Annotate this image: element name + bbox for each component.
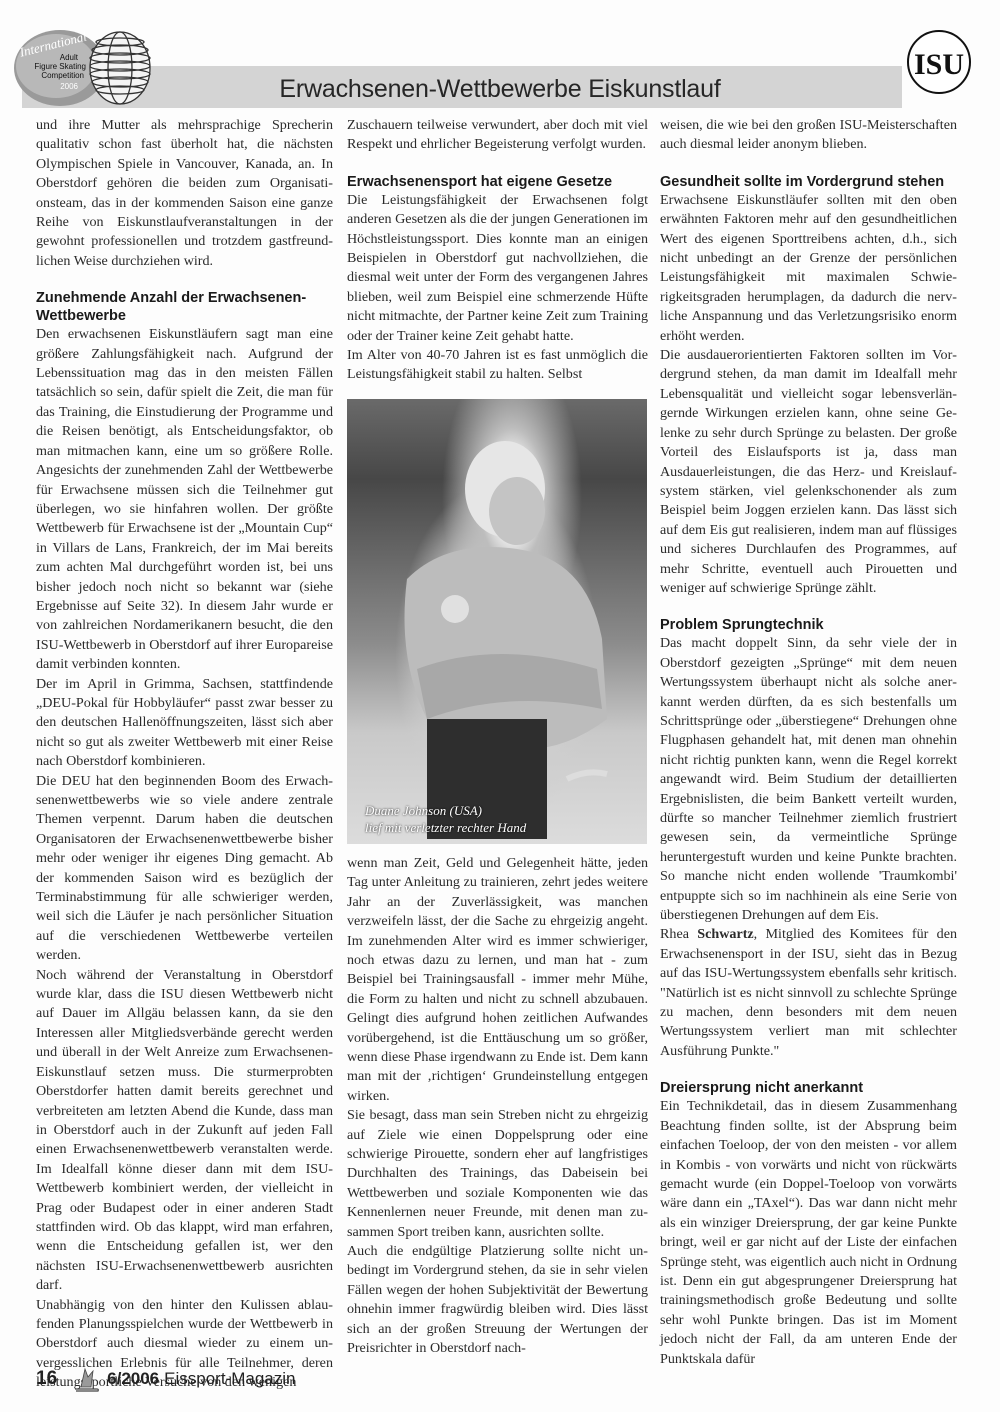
article-column-2: Zuschauern teilweise verwundert, aber do… — [347, 116, 648, 1358]
paragraph: und ihre Mutter als mehrsprachige Sprech… — [36, 116, 333, 271]
svg-text:2006: 2006 — [60, 82, 78, 91]
article-column-1: und ihre Mutter als mehrsprachige Sprech… — [36, 116, 333, 1393]
paragraph: wenn man Zeit, Geld und Gelegenheit hätt… — [347, 854, 648, 1106]
page-footer: 16 6/2006 Eissport-Magazin — [36, 1366, 295, 1392]
paragraph: Das macht doppelt Sinn, da sehr viele de… — [660, 634, 957, 925]
paragraph: Sie besagt, dass man sein Streben nicht … — [347, 1106, 648, 1242]
paragraph: Im Alter von 40-70 Jahren ist es fast un… — [347, 346, 648, 385]
photo-caption: Duane Johnson (USA) lief mit verletzter … — [365, 802, 526, 836]
section-heading: Problem Sprungtechnik — [660, 616, 957, 634]
iafsc-globe-logo-icon: International Adult Figure Skating Compe… — [8, 22, 158, 110]
section-heading: Dreiersprung nicht anerkannt — [660, 1079, 957, 1097]
paragraph: Den erwachsenen Eiskunstläufern sagt man… — [36, 325, 333, 674]
skater-logo-icon — [71, 1365, 101, 1393]
paragraph: Auch die endgültige Platzierung sollte n… — [347, 1242, 648, 1358]
skater-photo: Duane Johnson (USA) lief mit verletzter … — [347, 399, 647, 844]
article-column-3: weisen, die wie bei den großen ISU-Meist… — [660, 116, 957, 1369]
section-heading: Gesundheit sollte im Vordergrund stehen — [660, 173, 957, 191]
svg-text:Figure Skating: Figure Skating — [34, 62, 86, 71]
svg-text:Competition: Competition — [41, 71, 84, 80]
paragraph: Zuschauern teilweise verwundert, aber do… — [347, 116, 648, 155]
issue-number: 6/2006 — [107, 1369, 159, 1389]
svg-text:Adult: Adult — [60, 53, 79, 62]
magazine-page: International Adult Figure Skating Compe… — [0, 0, 1000, 1412]
paragraph: Die DEU hat den beginnenden Boom des Erw… — [36, 772, 333, 966]
isu-logo-icon: ISU — [905, 28, 973, 96]
section-heading: Zunehmende Anzahl der Erwachsenen-Wettbe… — [36, 289, 333, 325]
magazine-name: Eissport-Magazin — [164, 1369, 295, 1389]
paragraph: Ein Technikdetail, das in diesem Zusamme… — [660, 1097, 957, 1369]
page-title: Erwachsenen-Wettbewerbe Eiskunstlauf — [150, 66, 850, 108]
paragraph: Rhea Schwartz, Mitglied des Komitees für… — [660, 925, 957, 1061]
paragraph: Noch während der Veranstaltung in Oberst… — [36, 966, 333, 1296]
paragraph: Der im April in Grimma, Sachsen, stattfi… — [36, 675, 333, 772]
paragraph: Erwachsene Eiskunstläufer sollten mit de… — [660, 191, 957, 346]
paragraph: weisen, die wie bei den großen ISU-Meist… — [660, 116, 957, 155]
person-name: Schwartz — [697, 926, 753, 942]
section-heading: Erwachsenensport hat eigene Gesetze — [347, 173, 648, 191]
paragraph: Die ausdauerorientierten Faktoren sollte… — [660, 346, 957, 598]
paragraph: Die Leistungsfähigkeit der Erwachsenen f… — [347, 191, 648, 346]
svg-text:ISU: ISU — [914, 48, 964, 81]
page-number: 16 — [36, 1368, 57, 1390]
person-figure-icon — [367, 419, 627, 839]
